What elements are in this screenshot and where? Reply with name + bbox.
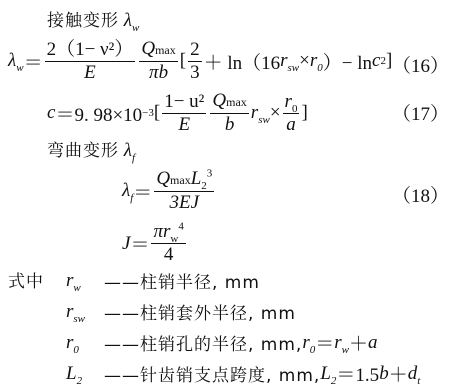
section-heading-bending: 弯曲变形 λf	[47, 136, 135, 162]
definition-item: rsw ——柱销套外半径, mm	[66, 296, 420, 327]
section-heading-contact: 接触变形 λw	[47, 6, 139, 32]
eq17-frac1: 1− u² E	[162, 91, 206, 136]
lambda-symbol: λf	[124, 140, 135, 161]
eq16-frac3: 2 3	[188, 39, 202, 84]
eq16-lhs: λw	[8, 50, 24, 72]
equation-17: c＝9. 98×10−3[ 1− u² E Qmax b rsw× r0 a ]	[47, 90, 308, 136]
eq17-frac3: r0 a	[283, 91, 300, 136]
heading-text: 接触变形	[47, 11, 119, 31]
eq17-frac2: Qmax b	[210, 90, 248, 136]
equation-J: J＝ πrw4 4	[122, 221, 188, 266]
eq18-frac: QmaxL23 3EJ	[154, 168, 214, 214]
eq17-number: （17）	[392, 99, 449, 126]
eqJ-frac: πrw4 4	[151, 221, 185, 266]
equation-16: λw＝ 2（1− ν²） E Qmax πb [ 2 3 ＋ ln（16rsw×…	[8, 38, 392, 84]
eq16-frac1: 2（1− ν²） E	[45, 39, 136, 84]
definition-item: L2 ——针齿销支点跨度, mm, L2＝1.5b＋dt	[66, 358, 420, 389]
equation-18: λf＝ QmaxL23 3EJ	[122, 168, 216, 214]
eq18-number: （18）	[392, 181, 449, 208]
eq16-number: （16）	[392, 51, 449, 78]
definition-item: rw ——柱销半径, mm	[66, 265, 420, 296]
definition-list: rw ——柱销半径, mm rsw ——柱销套外半径, mm r0 ——柱销孔的…	[66, 265, 420, 389]
where-label: 式中	[8, 267, 44, 292]
lambda-symbol: λw	[124, 10, 140, 31]
definition-item: r0 ——柱销孔的半径, mm, r0＝rw＋a	[66, 327, 420, 358]
eq16-frac2: Qmax πb	[139, 38, 177, 84]
